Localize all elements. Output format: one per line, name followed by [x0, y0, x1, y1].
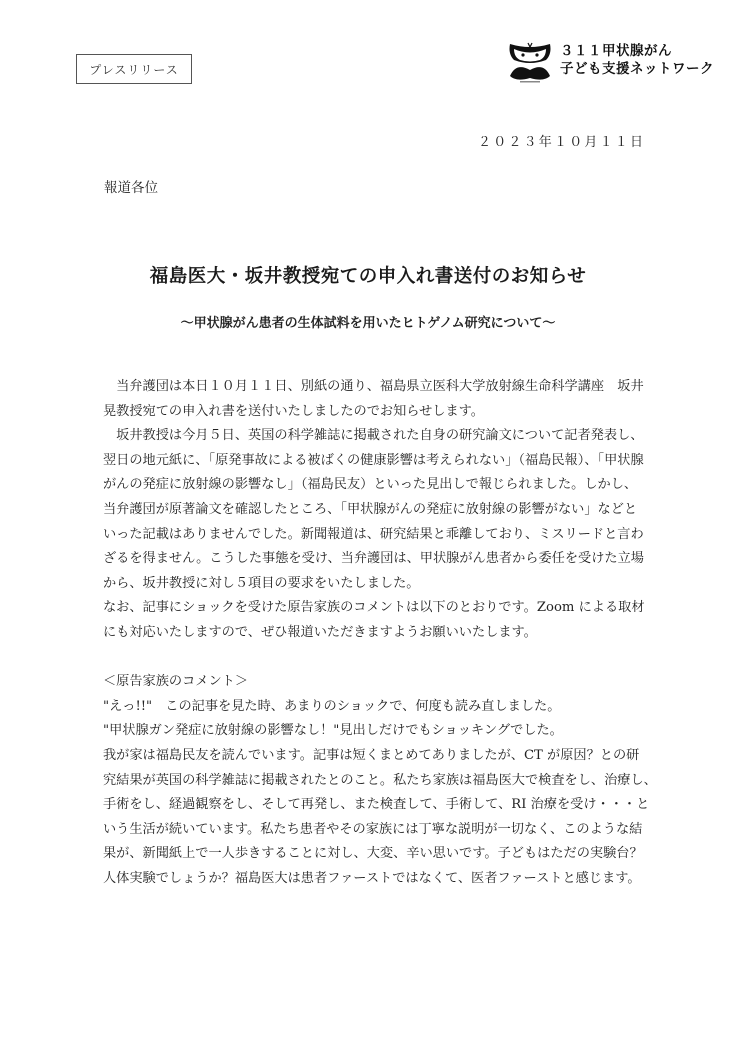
- page-subtitle: ～甲状腺がん患者の生体試料を用いたヒトゲノム研究について～: [0, 312, 736, 331]
- butterfly-mascot-icon: [506, 40, 554, 84]
- comment-line: 我が家は福島民友を読んでいます。記事は短くまとめてありましたが、CT が原因？と…: [103, 744, 643, 769]
- body-line: 当弁護団が原著論文を確認したところ、「甲状腺がんの発症に放射線の影響がない」など…: [103, 498, 643, 523]
- body-line: なお、記事にショックを受けた原告家族のコメントは以下のとおりです。Zoom によ…: [103, 596, 643, 621]
- page-title: 福島医大・坂井教授宛ての申入れ書送付のお知らせ: [0, 262, 736, 288]
- comment-line: 手術をし、経過観察をし、そして再発し、また検査して、手術して、RI 治療を受け・…: [103, 793, 643, 818]
- logo-line-2: 子ども支援ネットワーク: [560, 60, 714, 78]
- body-line: 晃教授宛ての申入れ書を送付いたしましたのでお知らせします。: [103, 400, 643, 425]
- logo-line-1: ３１１甲状腺がん: [560, 42, 714, 60]
- body-line: にも対応いたしますので、ぜひ報道いただきますようお願いいたします。: [103, 621, 643, 646]
- body-line: から、坂井教授に対し５項目の要求をいたしました。: [103, 572, 643, 597]
- comment-line: 果が、新聞紙上で一人歩きすることに対し、大変、辛い思いです。子どもはただの実験台…: [103, 842, 643, 867]
- press-release-label: プレスリリース: [76, 54, 192, 84]
- body-line: がんの発症に放射線の影響なし」（福島民友）といった見出しで報じられました。しかし…: [103, 473, 643, 498]
- body-line: 当弁護団は本日１０月１１日、別紙の通り、福島県立医科大学放射線生命科学講座 坂井: [103, 375, 643, 400]
- document-body: 当弁護団は本日１０月１１日、別紙の通り、福島県立医科大学放射線生命科学講座 坂井…: [103, 375, 643, 891]
- organization-logo: ３１１甲状腺がん 子ども支援ネットワーク: [506, 40, 714, 84]
- comment-line: "えっ!!" この記事を見た時、あまりのショックで、何度も読み直しました。: [103, 695, 643, 720]
- body-line: 坂井教授は今月５日、英国の科学雑誌に掲載された自身の研究論文について記者発表し、: [103, 424, 643, 449]
- addressee: 報道各位: [104, 176, 158, 196]
- body-line: 翌日の地元紙に、「原発事故による被ばくの健康影響は考えられない」（福島民報）、「…: [103, 449, 643, 474]
- comment-line: いう生活が続いています。私たち患者やその家族には丁寧な説明が一切なく、このような…: [103, 818, 643, 843]
- release-date: ２０２３年１０月１１日: [478, 131, 645, 150]
- body-line: いった記載はありませんでした。新聞報道は、研究結果と乖離しており、ミスリードと言…: [103, 523, 643, 548]
- comment-line: 人体実験でしょうか？福島医大は患者ファーストではなくて、医者ファーストと感じます…: [103, 867, 643, 892]
- comment-line: "甲状腺ガン発症に放射線の影響なし！"見出しだけでもショッキングでした。: [103, 719, 643, 744]
- comment-line: 究結果が英国の科学雑誌に掲載されたとのこと。私たち家族は福島医大で検査をし、治療…: [103, 769, 643, 794]
- comment-heading: ＜原告家族のコメント＞: [103, 670, 643, 695]
- body-line: ざるを得ません。こうした事態を受け、当弁護団は、甲状腺がん患者から委任を受けた立…: [103, 547, 643, 572]
